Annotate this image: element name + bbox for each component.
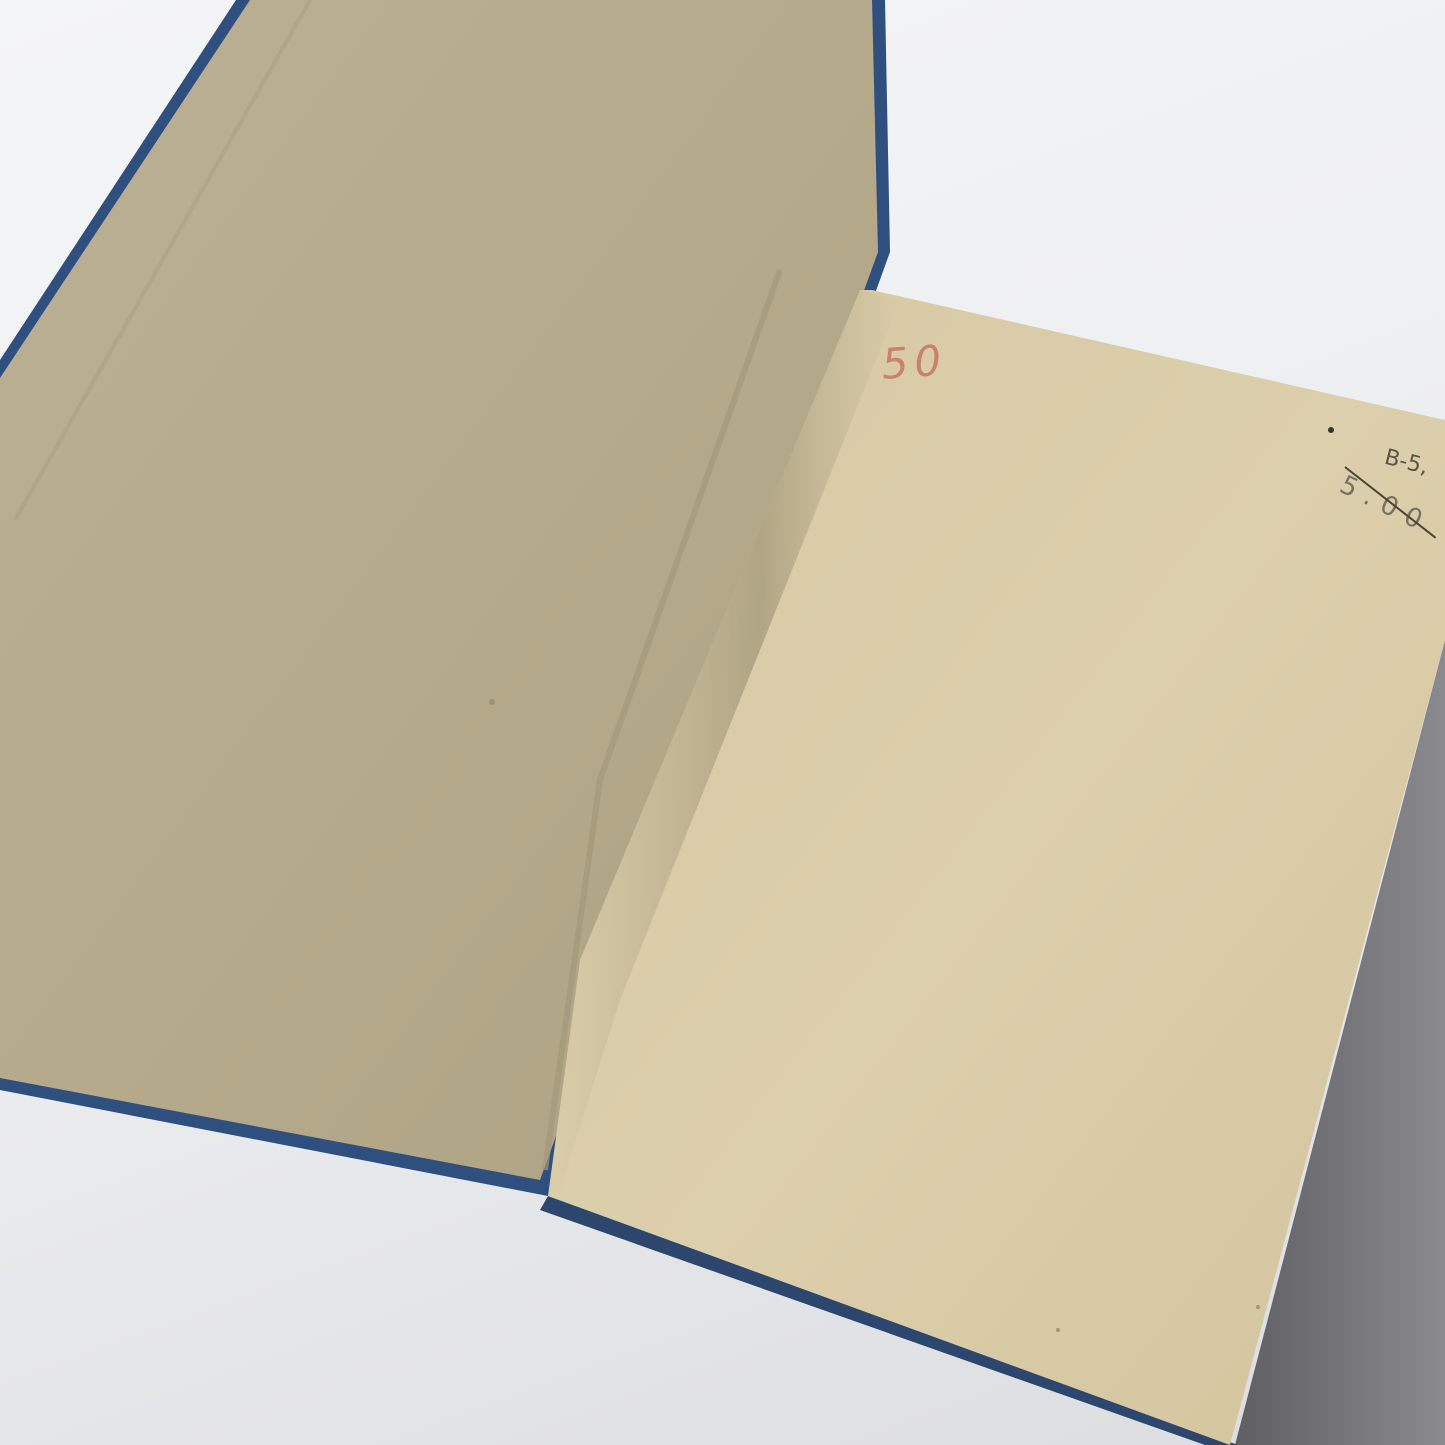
red-pencil-note: 50 <box>880 335 949 388</box>
book-photo <box>0 0 1445 1445</box>
photo-scene: 50 B-5, 5.00 <box>0 0 1445 1445</box>
